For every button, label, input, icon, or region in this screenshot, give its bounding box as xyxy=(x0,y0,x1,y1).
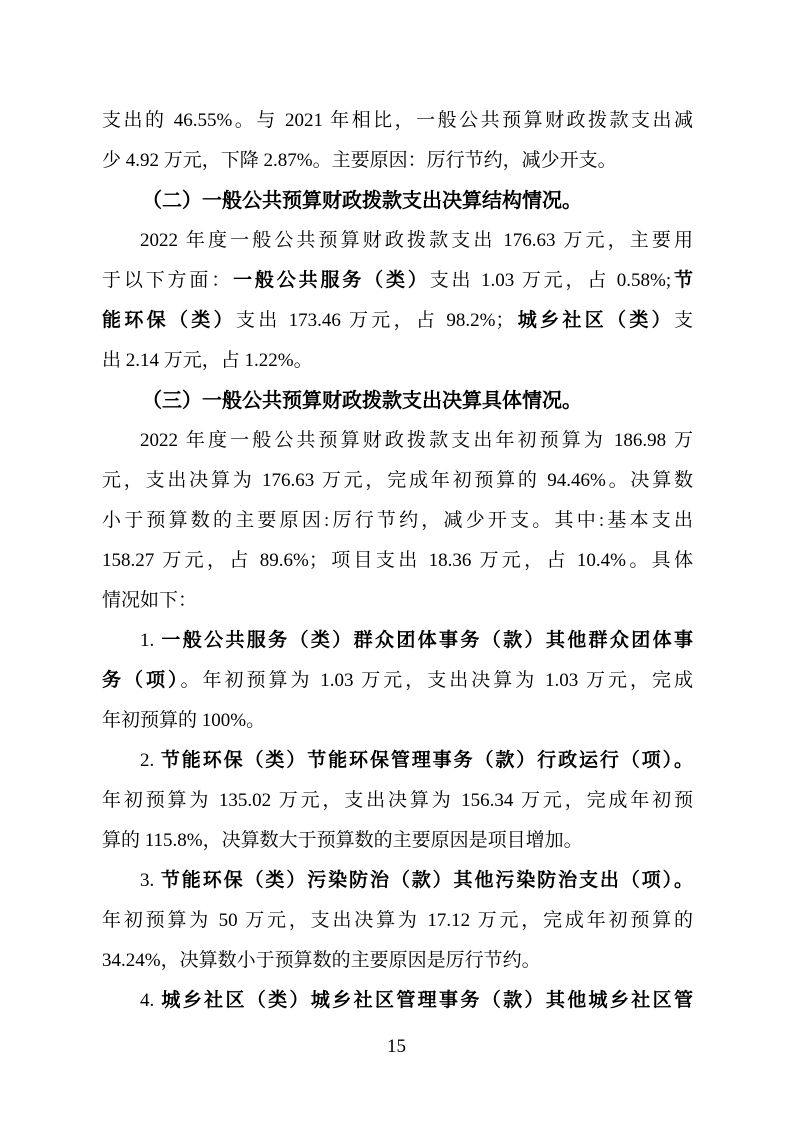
text-run: 支 xyxy=(674,310,693,331)
text-run: 元，支出决算为 176.63 万元，完成年初预算的 94.46%。决算数 xyxy=(102,470,693,491)
item-2-line-1: 2. 节能环保（类）节能环保管理事务（款）行政运行（项）。 xyxy=(102,741,693,781)
bold-text-run: （二）一般公共预算财政拨款支出决算结构情况。 xyxy=(142,190,582,212)
text-run: 2022 年度一般公共预算财政拨款支出年初预算为 186.98 万 xyxy=(140,430,693,451)
bold-text-run: 节能环保（类）节能环保管理事务（款）行政运行（项）。 xyxy=(161,750,693,771)
text-run: 出 2.14 万元，占 1.22%。 xyxy=(102,350,313,371)
document-page: 支出的 46.55%。与 2021 年相比，一般公共预算财政拨款支出减少 4.9… xyxy=(0,0,793,1122)
text-run: 4. xyxy=(140,990,161,1011)
para-2-line-1: 2022 年度一般公共预算财政拨款支出 176.63 万元，主要用 xyxy=(102,221,693,261)
item-4-line-1: 4. 城乡社区（类）城乡社区管理事务（款）其他城乡社区管 xyxy=(102,981,693,1021)
bold-text-run: 节 xyxy=(671,270,693,291)
text-run: 。年初预算为 1.03 万元，支出决算为 1.03 万元，完成 xyxy=(181,670,693,691)
text-run: 2. xyxy=(140,750,161,771)
text-run: 支出的 46.55%。与 2021 年相比，一般公共预算财政拨款支出减 xyxy=(102,110,693,131)
para-2-line-3: 能环保（类）支出 173.46 万元，占 98.2%；城乡社区（类）支 xyxy=(102,301,693,341)
bold-text-run: 节能环保（类）污染防治（款）其他污染防治支出（项）。 xyxy=(161,870,693,891)
bold-text-run: 一般公共服务（类）群众团体事务（款）其他群众团体事 xyxy=(161,630,693,651)
text-run: 算的 115.8%，决算数大于预算数的主要原因是项目增加。 xyxy=(102,830,583,851)
heading-section-2: （二）一般公共预算财政拨款支出决算结构情况。 xyxy=(102,181,693,221)
para-2-line-2: 于以下方面：一般公共服务（类）支出 1.03 万元，占 0.58%;节 xyxy=(102,261,693,301)
bold-text-run: 城乡社区（类）城乡社区管理事务（款）其他城乡社区管 xyxy=(161,990,693,1011)
para-3-line-4: 158.27 万元，占 89.6%；项目支出 18.36 万元，占 10.4%。… xyxy=(102,541,693,581)
item-2-line-3: 算的 115.8%，决算数大于预算数的主要原因是项目增加。 xyxy=(102,821,693,861)
para-1-line-2: 少 4.92 万元，下降 2.87%。主要原因：厉行节约，减少开支。 xyxy=(102,141,693,181)
para-3-line-3: 小于预算数的主要原因:厉行节约，减少开支。其中:基本支出 xyxy=(102,501,693,541)
bold-text-run: 城乡社区（类） xyxy=(514,310,674,331)
para-3-line-1: 2022 年度一般公共预算财政拨款支出年初预算为 186.98 万 xyxy=(102,421,693,461)
text-run: 支出 173.46 万元，占 98.2%； xyxy=(236,310,514,331)
text-run: 158.27 万元，占 89.6%；项目支出 18.36 万元，占 10.4%。… xyxy=(102,550,693,571)
text-run: 年初预算为 50 万元，支出决算为 17.12 万元，完成年初预算的 xyxy=(102,910,693,931)
bold-text-run: 务（项） xyxy=(102,670,181,691)
text-run: 1. xyxy=(140,630,161,651)
para-3-line-5: 情况如下： xyxy=(102,581,693,621)
item-3-line-2: 年初预算为 50 万元，支出决算为 17.12 万元，完成年初预算的 xyxy=(102,901,693,941)
text-run: 小于预算数的主要原因:厉行节约，减少开支。其中:基本支出 xyxy=(102,510,693,531)
page-number: 15 xyxy=(0,1033,793,1061)
text-run: 少 4.92 万元，下降 2.87%。主要原因：厉行节约，减少开支。 xyxy=(102,150,617,171)
text-run: 支出 1.03 万元，占 0.58%; xyxy=(430,270,671,291)
bold-text-run: 能环保（类） xyxy=(102,310,236,331)
para-1-line-1: 支出的 46.55%。与 2021 年相比，一般公共预算财政拨款支出减 xyxy=(102,101,693,141)
text-run: 情况如下： xyxy=(102,590,197,611)
text-run: 年初预算为 135.02 万元，支出决算为 156.34 万元，完成年初预 xyxy=(102,790,693,811)
item-3-line-3: 34.24%，决算数小于预算数的主要原因是厉行节约。 xyxy=(102,941,693,981)
para-3-line-2: 元，支出决算为 176.63 万元，完成年初预算的 94.46%。决算数 xyxy=(102,461,693,501)
bold-text-run: （三）一般公共预算财政拨款支出决算具体情况。 xyxy=(142,390,582,412)
text-run: 3. xyxy=(140,870,161,891)
item-3-line-1: 3. 节能环保（类）污染防治（款）其他污染防治支出（项）。 xyxy=(102,861,693,901)
text-run: 于以下方面： xyxy=(102,270,233,291)
heading-section-3: （三）一般公共预算财政拨款支出决算具体情况。 xyxy=(102,381,693,421)
item-1-line-2: 务（项）。年初预算为 1.03 万元，支出决算为 1.03 万元，完成 xyxy=(102,661,693,701)
bold-text-run: 一般公共服务（类） xyxy=(233,270,430,291)
text-run: 2022 年度一般公共预算财政拨款支出 176.63 万元，主要用 xyxy=(140,230,693,251)
text-run: 34.24%，决算数小于预算数的主要原因是厉行节约。 xyxy=(102,950,541,971)
item-2-line-2: 年初预算为 135.02 万元，支出决算为 156.34 万元，完成年初预 xyxy=(102,781,693,821)
document-body: 支出的 46.55%。与 2021 年相比，一般公共预算财政拨款支出减少 4.9… xyxy=(102,101,693,1021)
text-run: 年初预算的 100%。 xyxy=(102,710,265,731)
item-1-line-3: 年初预算的 100%。 xyxy=(102,701,693,741)
item-1-line-1: 1. 一般公共服务（类）群众团体事务（款）其他群众团体事 xyxy=(102,621,693,661)
para-2-line-4: 出 2.14 万元，占 1.22%。 xyxy=(102,341,693,381)
